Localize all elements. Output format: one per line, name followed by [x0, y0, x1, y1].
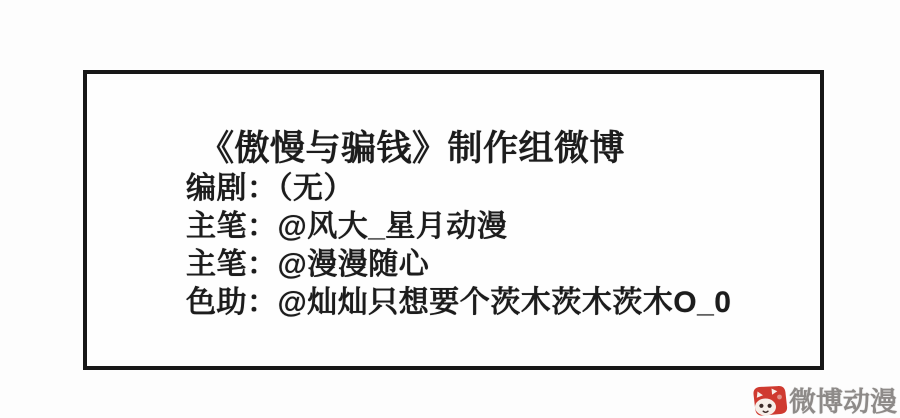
credits-title: 《傲慢与骗钱》制作组微博: [199, 121, 625, 171]
watermark-label: 微博动漫: [789, 380, 897, 418]
credit-line-lead-artist-2: 主笔：@漫漫随心: [186, 246, 731, 284]
credit-line-lead-artist-1: 主笔：@风大_星月动漫: [186, 208, 731, 246]
watermark: 微博动漫: [752, 380, 897, 418]
credit-line-screenwriter: 编剧：（无）: [186, 170, 731, 208]
comic-credits-page: 《傲慢与骗钱》制作组微博 编剧：（无） 主笔：@风大_星月动漫 主笔：@漫漫随心…: [0, 0, 900, 418]
credits-box: 《傲慢与骗钱》制作组微博 编剧：（无） 主笔：@风大_星月动漫 主笔：@漫漫随心…: [83, 70, 824, 370]
credits-lines: 编剧：（无） 主笔：@风大_星月动漫 主笔：@漫漫随心 色助：@灿灿只想要个茨木…: [186, 170, 731, 322]
weibo-dongman-mascot-icon: [752, 383, 788, 417]
credit-line-color-assistant: 色助：@灿灿只想要个茨木茨木茨木O_0: [186, 284, 731, 322]
